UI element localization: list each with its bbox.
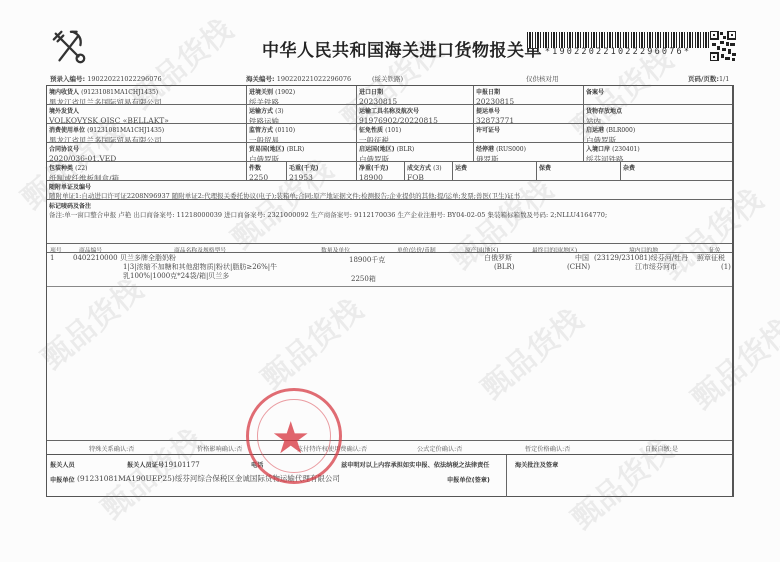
goods-item-no: 1 bbox=[50, 254, 54, 263]
net-weight-cell: 净重(千克) 18900 bbox=[357, 162, 405, 180]
declarant-label: 报关人员 bbox=[50, 460, 75, 469]
goods-hs-code: 0402210000 bbox=[73, 254, 118, 263]
goods-qty-boxes: 2250箱 bbox=[351, 275, 376, 284]
verification-note: 仅供核对用 bbox=[526, 74, 559, 83]
vessel-cell: 运输工具名称及航次号 91976902/20220815 bbox=[357, 105, 474, 123]
goods-levy-code: (1) bbox=[721, 263, 731, 272]
goods-levy: 照章征税 bbox=[697, 254, 725, 263]
pre-entry-number: 预录入编号: 190220221022296076 bbox=[50, 74, 162, 83]
goods-dest-code: (CHN) bbox=[567, 263, 590, 272]
declaration-statement: 兹申明对以上内容承担如实申报、依法纳税之法律责任 bbox=[341, 460, 490, 469]
form-row-docs: 随附单证及编号 随附单证1:自动进口许可证2208N96937 随附单证2:代理… bbox=[47, 181, 732, 200]
qr-code-icon bbox=[710, 31, 736, 61]
barcode-text: *190220221022296076* bbox=[527, 47, 709, 57]
goods-domestic-dest: (23129/231081)绥芬河/牡丹 bbox=[594, 254, 688, 263]
form-row-2: 境外发货人 VOLKOVYSK OJSC «BELLAKT» 运输方式 (3) … bbox=[47, 105, 732, 124]
price-influence-confirm: 价格影响确认:否 bbox=[197, 444, 242, 453]
customs-number: 海关编号: 190220221022296076 bbox=[246, 74, 351, 83]
form-row-4: 合同协议号 2020/036-01.VED 贸易国(地区) (BLR) 白俄罗斯… bbox=[47, 143, 732, 162]
page-count: 页码/页数:1/1 bbox=[688, 74, 729, 83]
declare-date-cell: 申报日期 20230815 bbox=[474, 86, 584, 104]
departure-port-cell: 启运港 (BLR000) 白俄罗斯 bbox=[584, 124, 734, 142]
customs-declaration-page: 甄品货栈 甄品货栈 甄品货栈 甄品货栈 甄品货栈 甄品货栈 甄品货栈 甄品货栈 … bbox=[0, 0, 780, 562]
form-row-marks: 标记唛码及备注 备注:单一窗口整合申报 卢艳 出口商备案号: 112180000… bbox=[47, 200, 732, 244]
trade-country-cell: 贸易国(地区) (BLR) 白俄罗斯 bbox=[247, 143, 357, 161]
deal-mode-cell: 成交方式 (3) FOB bbox=[405, 162, 453, 180]
unit-seal-label: 申报单位(签章) bbox=[447, 475, 490, 484]
customs-emblem-icon bbox=[50, 28, 88, 66]
origin-country-cell: 启运国(地区) (BLR) 白俄罗斯 bbox=[357, 143, 474, 161]
goods-origin-code: (BLR) bbox=[494, 263, 515, 272]
contract-cell: 合同协议号 2020/036-01.VED bbox=[47, 143, 247, 161]
declaring-unit-label: 申报单位 bbox=[50, 475, 75, 484]
page-title: 中华人民共和国海关进口货物报关单 bbox=[262, 36, 542, 61]
red-seal-stamp: ★ bbox=[246, 388, 342, 484]
customs-approval-cell: 海关批注及签章 bbox=[507, 455, 732, 497]
goods-section: 项号 商品编号 商品名称及规格型号 数量及单位 单价/总价/币制 原产国(地区)… bbox=[47, 244, 732, 441]
form-row-5: 包装种类 (22) 纸制或纤维板制盒/箱 件数 2250 毛重(千克) 2195… bbox=[47, 162, 732, 181]
levy-cell: 征免性质 (101) 一般征税 bbox=[357, 124, 474, 142]
freight-cell: 运费 bbox=[453, 162, 537, 180]
marks-remarks-cell: 标记唛码及备注 备注:单一窗口整合申报 卢艳 出口商备案号: 112180000… bbox=[47, 200, 732, 243]
goods-header-row: 项号 商品编号 商品名称及规格型号 数量及单位 单价/总价/币制 原产国(地区)… bbox=[47, 244, 732, 253]
consignor-cell: 境外发货人 VOLKOVYSK OJSC «BELLAKT» bbox=[47, 105, 247, 123]
form-row-3: 消费使用单位 (91231081MA1CHJ1435) 黑龙江省贝兰多国际贸易有… bbox=[47, 124, 732, 143]
goods-spec-line2: 乳100%|1000克*24袋/箱|贝兰多 bbox=[120, 272, 229, 281]
form-row-1: 境内收货人 (91231081MA1CHJ1435) 黑龙江省贝兰多国际贸易有限… bbox=[47, 86, 732, 105]
insurance-cell: 保费 bbox=[537, 162, 621, 180]
consignee-cell: 境内收货人 (91231081MA1CHJ1435) 黑龙江省贝兰多国际贸易有限… bbox=[47, 86, 247, 104]
declaration-form: 境内收货人 (91231081MA1CHJ1435) 黑龙江省贝兰多国际贸易有限… bbox=[46, 85, 734, 497]
barcode bbox=[527, 32, 709, 48]
self-pay-confirm: 自报自缴:是 bbox=[645, 444, 678, 453]
goods-row: 1 0402210000 贝兰多牌全脂奶粉 1|3|浓缩不加糖和其他甜物质|粉状… bbox=[47, 253, 732, 287]
import-date-cell: 进口日期 20230815 bbox=[357, 86, 474, 104]
pieces-cell: 件数 2250 bbox=[247, 162, 287, 180]
entry-point-cell: 入境口岸 (230401) 绥芬河铁路 bbox=[584, 143, 734, 161]
record-no-cell: 备案号 bbox=[584, 86, 734, 104]
transport-mode-cell: 运输方式 (3) 铁路运输 bbox=[247, 105, 357, 123]
customs-office-note: (绥关铁路) bbox=[372, 74, 403, 83]
package-cell: 包装种类 (22) 纸制或纤维板制盒/箱 bbox=[47, 162, 247, 180]
license-cell: 许可证号 bbox=[474, 124, 584, 142]
misc-fee-cell: 杂费 bbox=[621, 162, 734, 180]
goods-origin: 白俄罗斯 bbox=[484, 254, 512, 263]
provisional-price-confirm: 暂定价格确认:否 bbox=[525, 444, 570, 453]
goods-qty-kg: 18900千克 bbox=[349, 256, 385, 265]
special-relation-confirm: 特殊关系确认:否 bbox=[89, 444, 134, 453]
goods-name: 贝兰多牌全脂奶粉 bbox=[120, 254, 176, 263]
storage-cell: 货物存放地点 站内 bbox=[584, 105, 734, 123]
transit-port-cell: 经停港 (RUS000) 俄罗斯 bbox=[474, 143, 584, 161]
consumer-cell: 消费使用单位 (91231081MA1CHJ1435) 黑龙江省贝兰多国际贸易有… bbox=[47, 124, 247, 142]
formula-price-confirm: 公式定价确认:否 bbox=[417, 444, 462, 453]
goods-spec-line1: 1|3|浓缩不加糖和其他甜物质|粉状|脂肪≥26%|牛 bbox=[120, 263, 277, 272]
bill-cell: 提运单号 32873771 bbox=[474, 105, 584, 123]
entry-port-cell: 进境关别 (1902) 绥关铁路 bbox=[247, 86, 357, 104]
customs-approval-label: 海关批注及签章 bbox=[515, 460, 558, 469]
goods-domestic-dest-2: 江市绥芬河市 bbox=[635, 263, 677, 272]
goods-dest: 中国 bbox=[575, 254, 589, 263]
attached-docs-cell: 随附单证及编号 随附单证1:自动进口许可证2208N96937 随附单证2:代理… bbox=[47, 181, 732, 199]
confirmations-row: 特殊关系确认:否 价格影响确认:否 支付特许权使用费确认:否 公式定价确认:否 … bbox=[47, 441, 732, 455]
footer-row: 报关人员 报关人员证号19101177 电话 兹申明对以上内容承担如实申报、依法… bbox=[47, 455, 732, 497]
declarant-cert: 报关人员证号19101177 bbox=[127, 460, 200, 469]
supervision-cell: 监管方式 (0110) 一般贸易 bbox=[247, 124, 357, 142]
gross-weight-cell: 毛重(千克) 21953 bbox=[287, 162, 357, 180]
